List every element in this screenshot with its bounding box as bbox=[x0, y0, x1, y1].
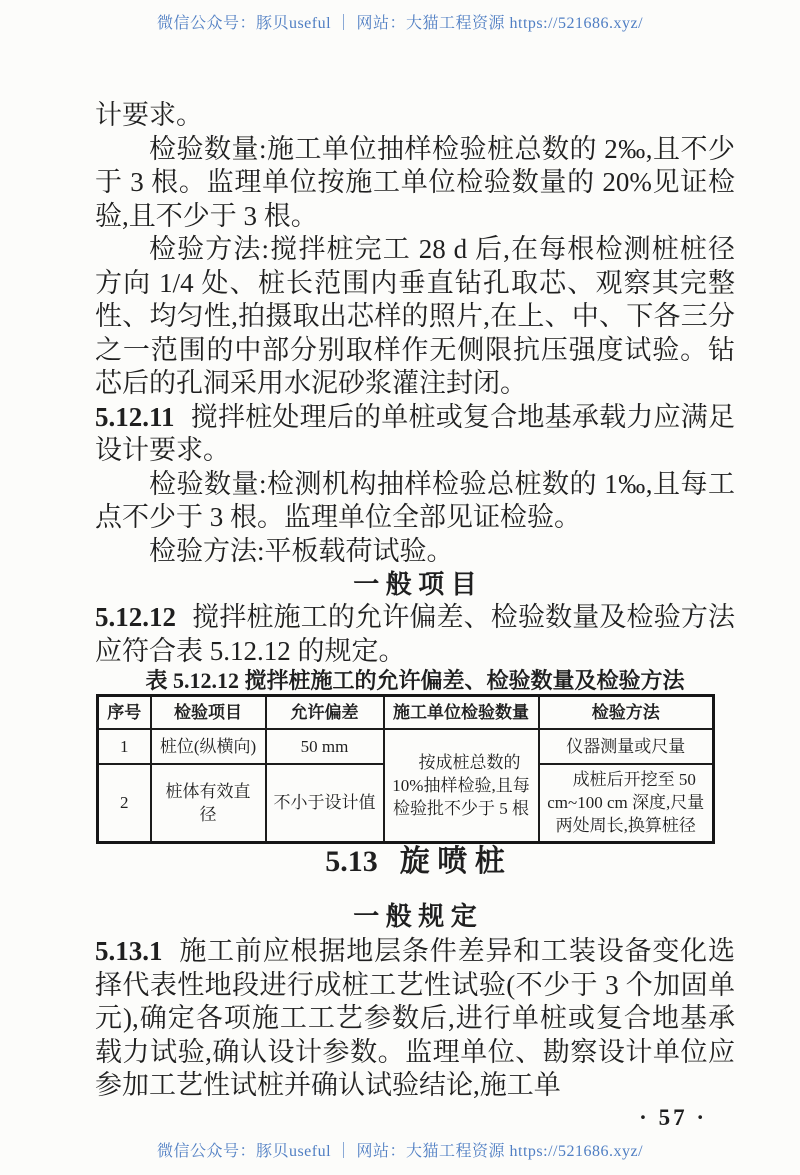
paragraph-continuation: 计要求。 bbox=[95, 99, 735, 133]
table-5-12-12: 序号 检验项目 允许偏差 施工单位检验数量 检验方法 1 桩位(纵横向) 50 … bbox=[96, 694, 715, 844]
paragraph-inspection-quantity-5-12-11: 检验数量:检测机构抽样检验总桩数的 1‰,且每工点不少于 3 根。监理单位全部见… bbox=[95, 468, 735, 535]
watermark-footer: 微信公众号：豚贝useful ｜ 网站：大猫工程资源 https://52168… bbox=[0, 1138, 800, 1161]
clause-5-13-1: 5.13.1施工前应根据地层条件差异和工装设备变化选择代表性地段进行成桩工艺性试… bbox=[95, 935, 735, 1103]
table-header-cell-method: 检验方法 bbox=[539, 696, 714, 729]
page-number: · 57 · bbox=[95, 1103, 735, 1133]
table-header-cell-item: 检验项目 bbox=[151, 696, 266, 729]
table-cell-item: 桩位(纵横向) bbox=[151, 729, 266, 764]
table-cell-quantity-merged: 按成桩总数的 10%抽样检验,且每检验批不少于 5 根 bbox=[384, 729, 539, 843]
clause-5-12-12: 5.12.12搅拌桩施工的允许偏差、检验数量及检验方法应符合表 5.12.12 … bbox=[95, 601, 735, 668]
section-number: 5.13 bbox=[325, 845, 378, 878]
table-cell-tolerance: 不小于设计值 bbox=[266, 764, 384, 843]
table-row: 1 桩位(纵横向) 50 mm 按成桩总数的 10%抽样检验,且每检验批不少于 … bbox=[98, 729, 714, 764]
clause-text: 搅拌桩施工的允许偏差、检验数量及检验方法应符合表 5.12.12 的规定。 bbox=[95, 602, 735, 666]
table-header-cell-no: 序号 bbox=[98, 696, 151, 729]
table-cell-method: 成桩后开挖至 50 cm~100 cm 深度,尺量两处周长,换算桩径 bbox=[539, 764, 714, 843]
table-header-row: 序号 检验项目 允许偏差 施工单位检验数量 检验方法 bbox=[98, 696, 714, 729]
heading-general-items: 一 般 项 目 bbox=[95, 568, 735, 601]
clause-text: 施工前应根据地层条件差异和工装设备变化选择代表性地段进行成桩工艺性试验(不少于 … bbox=[95, 936, 735, 1100]
clause-number: 5.12.11 bbox=[95, 402, 175, 432]
document-body: 计要求。 检验数量:施工单位抽样检验桩总数的 2‰,且不少于 3 根。监理单位按… bbox=[95, 99, 735, 1133]
table-header-cell-quantity: 施工单位检验数量 bbox=[384, 696, 539, 729]
table-title: 表 5.12.12 搅拌桩施工的允许偏差、检验数量及检验方法 bbox=[95, 668, 735, 694]
paragraph-inspection-method-5-12-10: 检验方法:搅拌桩完工 28 d 后,在每根检测桩桩径方向 1/4 处、桩长范围内… bbox=[95, 233, 735, 401]
section-heading-5-13: 5.13旋 喷 桩 bbox=[95, 844, 735, 880]
clause-number: 5.12.12 bbox=[95, 602, 176, 632]
clause-5-12-11: 5.12.11搅拌桩处理后的单桩或复合地基承载力应满足设计要求。 bbox=[95, 401, 735, 468]
scanned-document-page: 微信公众号：豚贝useful ｜ 网站：大猫工程资源 https://52168… bbox=[0, 0, 800, 1175]
clause-number: 5.13.1 bbox=[95, 936, 163, 966]
section-title: 旋 喷 桩 bbox=[400, 845, 505, 878]
table-cell-item: 桩体有效直径 bbox=[151, 764, 266, 843]
table-header-cell-tolerance: 允许偏差 bbox=[266, 696, 384, 729]
table-cell-tolerance: 50 mm bbox=[266, 729, 384, 764]
paragraph-inspection-method-5-12-11: 检验方法:平板载荷试验。 bbox=[95, 535, 735, 569]
heading-general-provisions: 一 般 规 定 bbox=[95, 900, 735, 933]
paragraph-inspection-quantity-5-12-10: 检验数量:施工单位抽样检验桩总数的 2‰,且不少于 3 根。监理单位按施工单位检… bbox=[95, 133, 735, 234]
table-cell-no: 2 bbox=[98, 764, 151, 843]
clause-text: 搅拌桩处理后的单桩或复合地基承载力应满足设计要求。 bbox=[95, 402, 735, 466]
table-cell-no: 1 bbox=[98, 729, 151, 764]
table-cell-method: 仪器测量或尺量 bbox=[539, 729, 714, 764]
watermark-header: 微信公众号：豚贝useful ｜ 网站：大猫工程资源 https://52168… bbox=[0, 10, 800, 33]
